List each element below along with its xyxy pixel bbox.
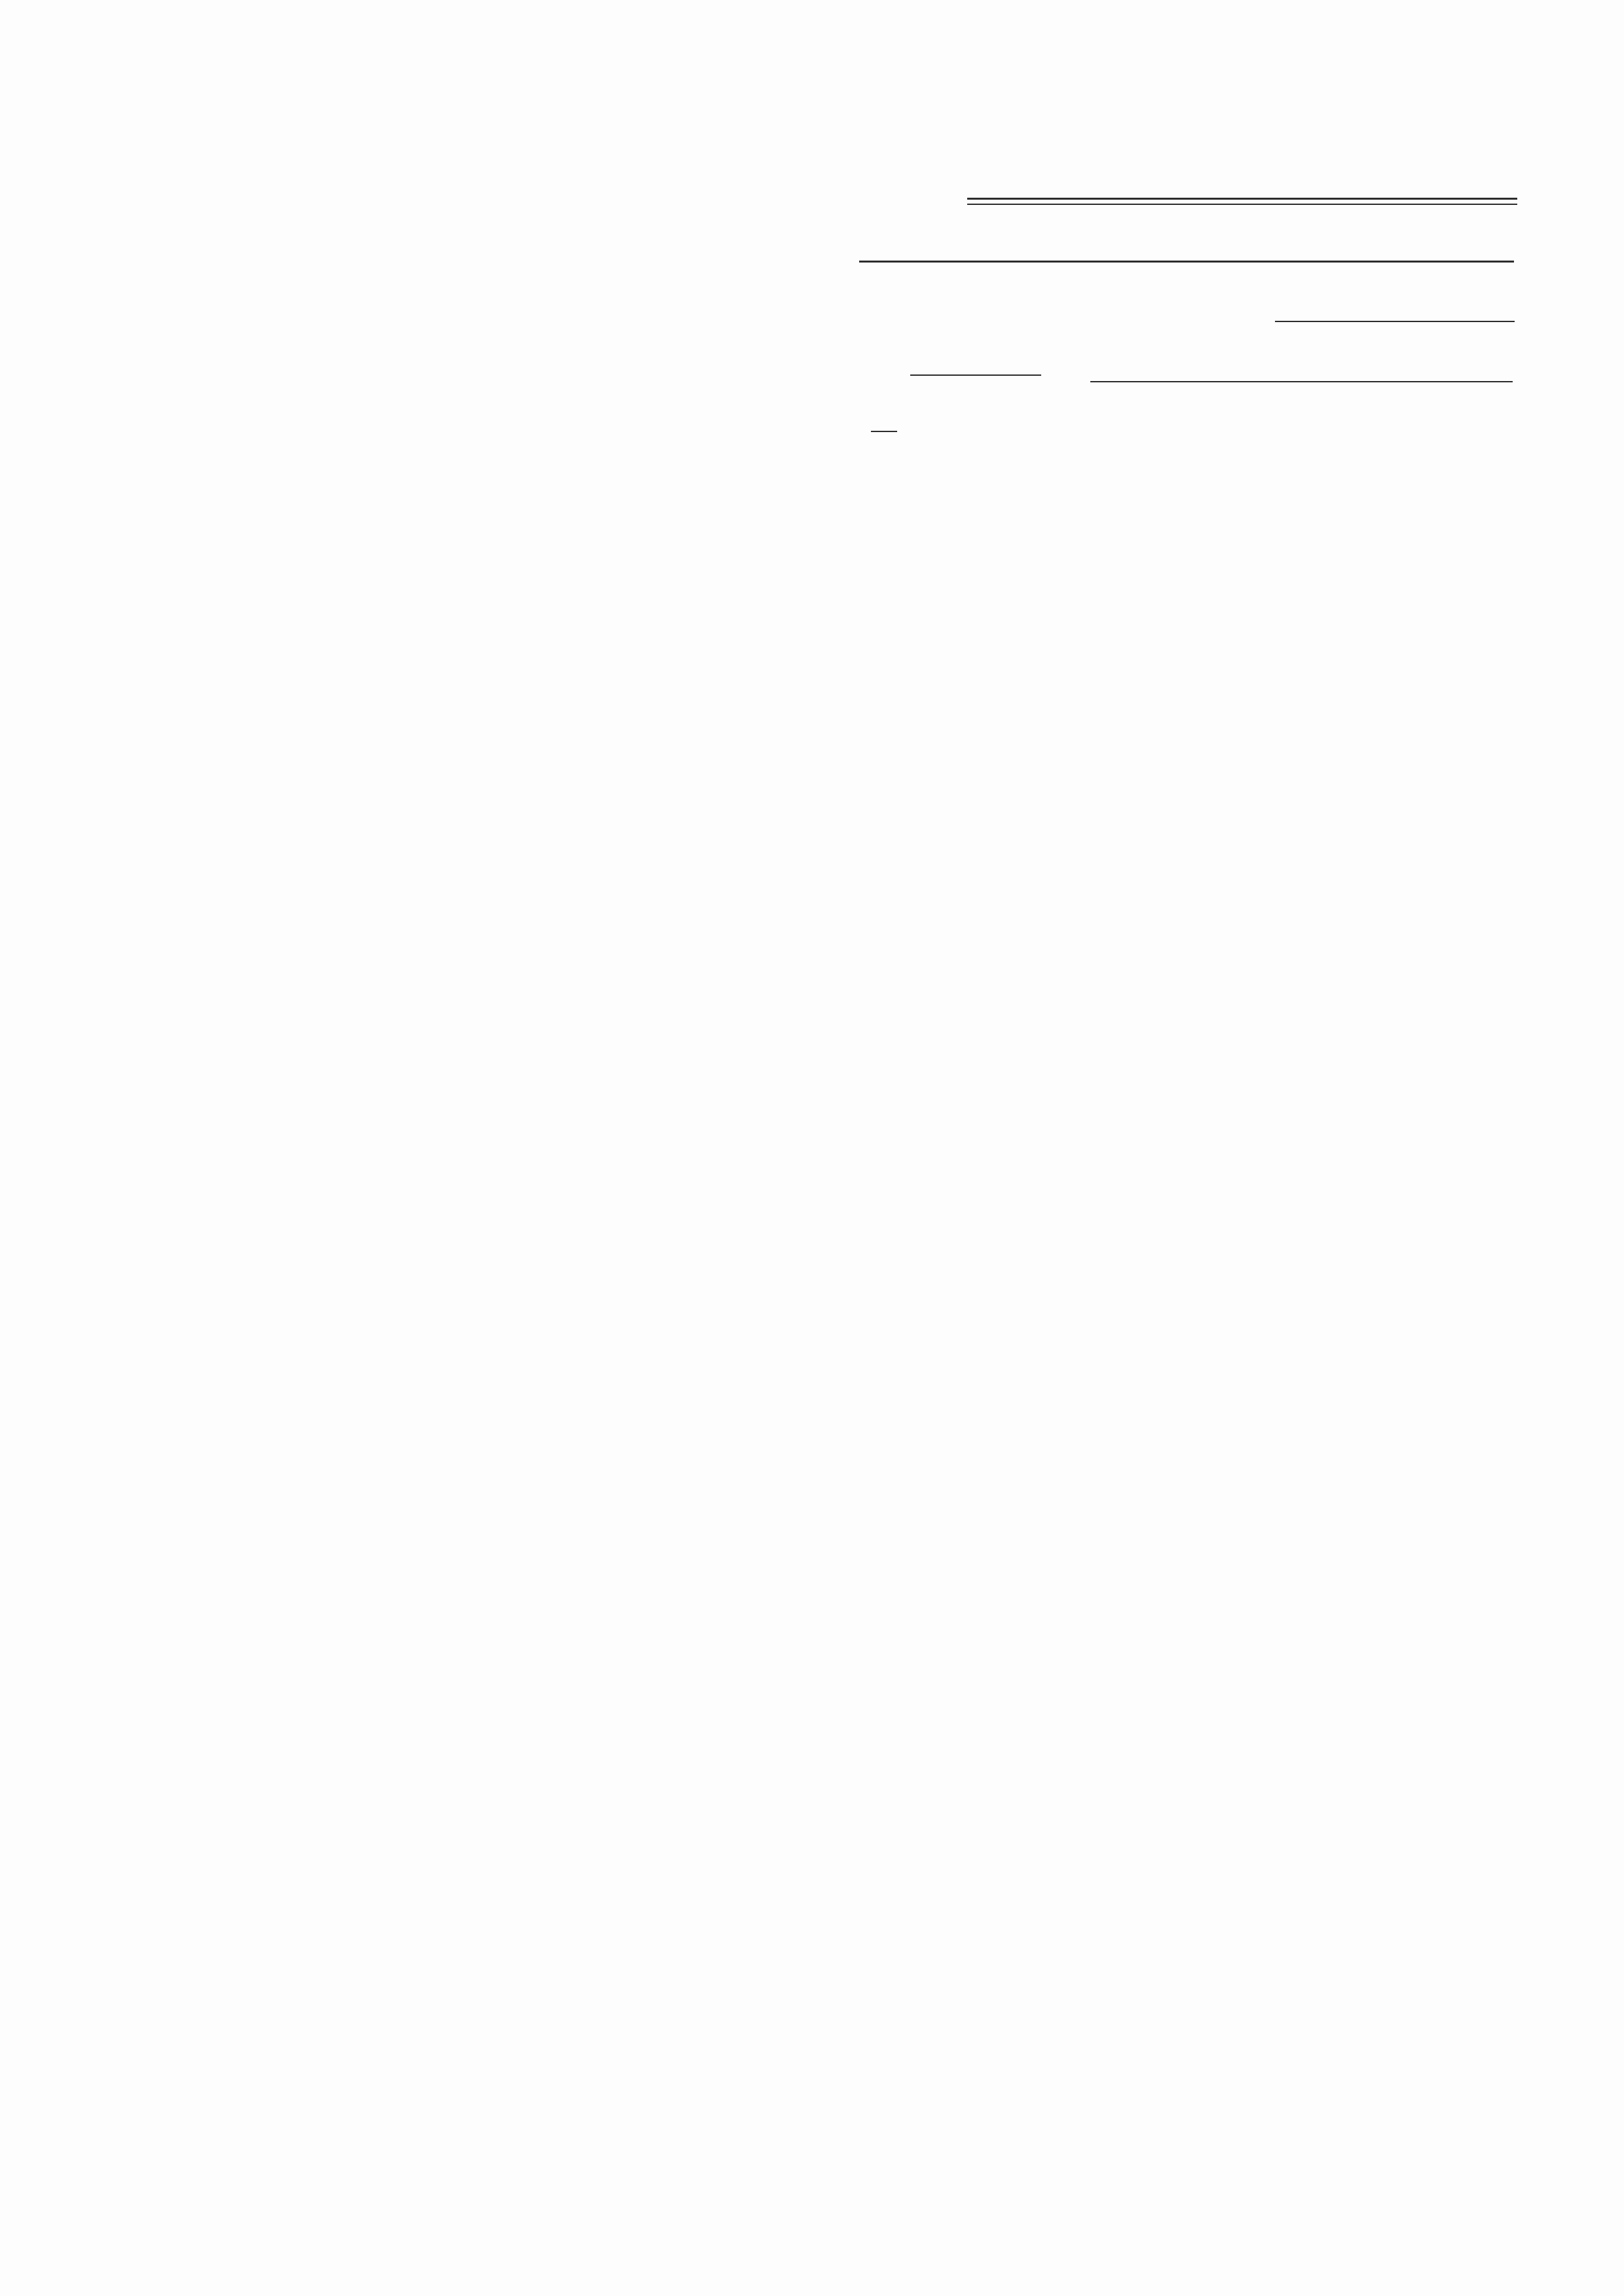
street-line: [1090, 381, 1513, 382]
city-line: [910, 374, 1041, 376]
index-line[interactable]: [1275, 321, 1515, 322]
to-line-1: [967, 198, 1517, 200]
to-line-2: [967, 204, 1517, 205]
from-line: [859, 261, 1514, 263]
house-line: [871, 431, 897, 432]
